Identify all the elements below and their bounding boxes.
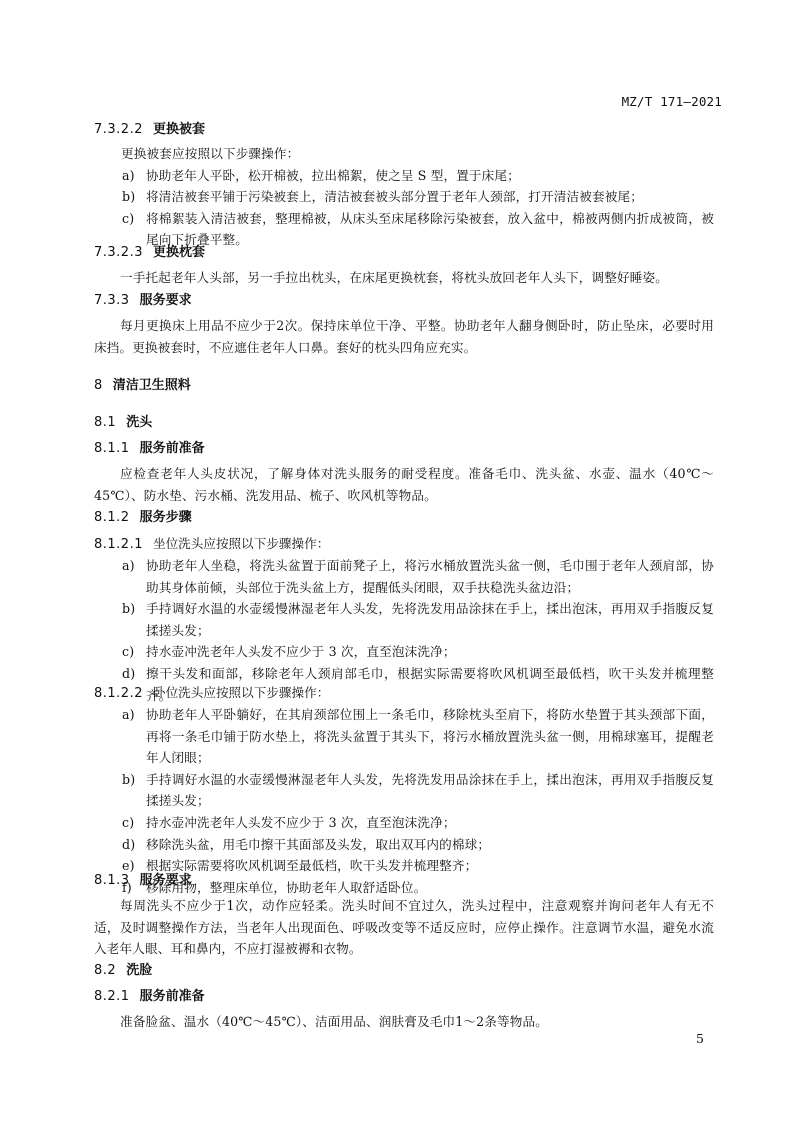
section-number: 8.1 bbox=[94, 415, 116, 430]
section-title: 洗脸 bbox=[126, 963, 152, 978]
section-number: 7.3.2.3 bbox=[94, 245, 143, 260]
list-marker: c) bbox=[122, 641, 134, 663]
section-title: 服务前准备 bbox=[140, 989, 205, 1004]
paragraph: 一手托起老年人头部，另一手拉出枕头，在床尾更换枕套，将枕头放回老年人头下，调整好… bbox=[94, 267, 714, 289]
section-title: 服务前准备 bbox=[140, 441, 205, 456]
list-text: 协助老年人平卧，松开棉被，拉出棉絮，使之呈 S 型，置于床尾； bbox=[146, 168, 520, 183]
document-page: MZ/T 171—2021 7.3.2.2更换被套 更换被套应按照以下步骤操作：… bbox=[0, 0, 794, 1122]
list-text: 移除洗头盆，用毛巾擦干其面部及头发，取出双耳内的棉球； bbox=[146, 837, 490, 852]
section-8-1-2-1: 8.1.2.1坐位洗头应按照以下步骤操作： a)协助老年人坐稳，将洗头盆置于面前… bbox=[94, 533, 714, 706]
chapter-heading: 8清洁卫生照料 bbox=[94, 375, 714, 397]
list-marker: b) bbox=[122, 186, 135, 208]
section-number: 8.1.1 bbox=[94, 441, 130, 456]
section-8: 8清洁卫生照料 bbox=[94, 375, 714, 397]
list-text: 协助老年人坐稳，将洗头盆置于面前凳子上，将污水桶放置洗头盆一侧，毛巾围于老年人颈… bbox=[146, 558, 714, 595]
list-marker: b) bbox=[122, 769, 135, 791]
section-7-3-2-3: 7.3.2.3更换枕套 一手托起老年人头部，另一手拉出枕头，在床尾更换枕套，将枕… bbox=[94, 242, 714, 289]
list-item: b)将清洁被套平铺于污染被套上，清洁被套被头部分置于老年人颈部，打开清洁被套被尾… bbox=[94, 186, 714, 208]
list-text: 手持调好水温的水壶缓慢淋湿老年人头发，先将洗发用品涂抹在手上，揉出泡沫，再用双手… bbox=[146, 772, 714, 809]
list-text: 持水壶冲洗老年人头发不应少于 3 次，直至泡沫洗净； bbox=[146, 644, 456, 659]
paragraph: 每周洗头不应少于1次，动作应轻柔。洗头时间不宜过久，洗头过程中，注意观察并询问老… bbox=[94, 895, 714, 960]
clause-heading: 8.1.2.1坐位洗头应按照以下步骤操作： bbox=[94, 533, 714, 555]
section-number: 8.1.2.2 bbox=[94, 686, 143, 701]
list-text: 手持调好水温的水壶缓慢淋湿老年人头发，先将洗发用品涂抹在手上，揉出泡沫，再用双手… bbox=[146, 601, 714, 638]
paragraph: 准备脸盆、温水（40℃～45℃）、洁面用品、润肤膏及毛巾1～2条等物品。 bbox=[94, 1011, 714, 1033]
section-heading: 8.1洗头 bbox=[94, 412, 714, 434]
clause-intro: 卧位洗头应按照以下步骤操作： bbox=[153, 685, 329, 700]
section-heading: 7.3.2.2更换被套 bbox=[94, 119, 714, 141]
section-title: 服务要求 bbox=[140, 293, 192, 308]
paragraph: 更换被套应按照以下步骤操作： bbox=[94, 143, 714, 165]
list-text: 将清洁被套平铺于污染被套上，清洁被套被头部分置于老年人颈部，打开清洁被套被尾； bbox=[146, 189, 643, 204]
section-7-3-2-2: 7.3.2.2更换被套 更换被套应按照以下步骤操作： a)协助老年人平卧，松开棉… bbox=[94, 119, 714, 251]
list-item: b)手持调好水温的水壶缓慢淋湿老年人头发，先将洗发用品涂抹在手上，揉出泡沫，再用… bbox=[94, 598, 714, 641]
section-heading: 8.1.3服务要求 bbox=[94, 870, 714, 892]
list-item: d)移除洗头盆，用毛巾擦干其面部及头发，取出双耳内的棉球； bbox=[94, 834, 714, 856]
list-item: a)协助老年人平卧，松开棉被，拉出棉絮，使之呈 S 型，置于床尾； bbox=[94, 165, 714, 187]
section-number: 8.1.2.1 bbox=[94, 537, 143, 552]
section-number: 8 bbox=[94, 378, 103, 393]
page-number: 5 bbox=[696, 1031, 704, 1046]
section-8-1-3: 8.1.3服务要求 每周洗头不应少于1次，动作应轻柔。洗头时间不宜过久，洗头过程… bbox=[94, 870, 714, 960]
section-heading: 7.3.3服务要求 bbox=[94, 290, 714, 312]
section-7-3-3: 7.3.3服务要求 每月更换床上用品不应少于2次。保持床单位干净、平整。协助老年… bbox=[94, 290, 714, 358]
list-item: b)手持调好水温的水壶缓慢淋湿老年人头发，先将洗发用品涂抹在手上，揉出泡沫，再用… bbox=[94, 769, 714, 812]
section-title: 服务要求 bbox=[140, 873, 192, 888]
paragraph: 每月更换床上用品不应少于2次。保持床单位干净、平整。协助老年人翻身侧卧时，防止坠… bbox=[94, 315, 714, 358]
list-marker: a) bbox=[122, 555, 135, 577]
section-8-2-1: 8.2.1服务前准备 准备脸盆、温水（40℃～45℃）、洁面用品、润肤膏及毛巾1… bbox=[94, 986, 714, 1033]
list-item: c)持水壶冲洗老年人头发不应少于 3 次，直至泡沫洗净； bbox=[94, 641, 714, 663]
section-title: 更换枕套 bbox=[153, 245, 205, 260]
section-8-1-2: 8.1.2服务步骤 bbox=[94, 507, 714, 529]
section-number: 8.1.2 bbox=[94, 510, 130, 525]
section-title: 清洁卫生照料 bbox=[113, 378, 191, 393]
section-number: 8.2 bbox=[94, 963, 116, 978]
section-title: 洗头 bbox=[126, 415, 152, 430]
list-marker: a) bbox=[122, 165, 135, 187]
section-heading: 7.3.2.3更换枕套 bbox=[94, 242, 714, 264]
list-marker: d) bbox=[122, 834, 135, 856]
section-number: 8.1.3 bbox=[94, 873, 130, 888]
section-8-1-2-2: 8.1.2.2卧位洗头应按照以下步骤操作： a)协助老年人平卧躺好，在其肩颈部位… bbox=[94, 682, 714, 898]
section-heading: 8.1.1服务前准备 bbox=[94, 438, 714, 460]
list-item: a)协助老年人坐稳，将洗头盆置于面前凳子上，将污水桶放置洗头盆一侧，毛巾围于老年… bbox=[94, 555, 714, 598]
section-heading: 8.2.1服务前准备 bbox=[94, 986, 714, 1008]
section-title: 更换被套 bbox=[153, 122, 205, 137]
list-item: a)协助老年人平卧躺好，在其肩颈部位围上一条毛巾，移除枕头至肩下，将防水垫置于其… bbox=[94, 704, 714, 769]
list-text: 协助老年人平卧躺好，在其肩颈部位围上一条毛巾，移除枕头至肩下，将防水垫置于其头颈… bbox=[146, 707, 714, 765]
paragraph: 应检查老年人头皮状况，了解身体对洗头服务的耐受程度。准备毛巾、洗头盆、水壶、温水… bbox=[94, 463, 714, 506]
section-number: 7.3.3 bbox=[94, 293, 130, 308]
section-8-2: 8.2洗脸 bbox=[94, 960, 714, 982]
list-marker: b) bbox=[122, 598, 135, 620]
list-marker: a) bbox=[122, 704, 135, 726]
list-text: 持水壶冲洗老年人头发不应少于 3 次，直至泡沫洗净； bbox=[146, 815, 456, 830]
list-item: c)持水壶冲洗老年人头发不应少于 3 次，直至泡沫洗净； bbox=[94, 812, 714, 834]
section-heading: 8.1.2服务步骤 bbox=[94, 507, 714, 529]
section-number: 8.2.1 bbox=[94, 989, 130, 1004]
section-title: 服务步骤 bbox=[140, 510, 192, 525]
list-marker: c) bbox=[122, 812, 134, 834]
clause-intro: 坐位洗头应按照以下步骤操作： bbox=[153, 536, 329, 551]
clause-heading: 8.1.2.2卧位洗头应按照以下步骤操作： bbox=[94, 682, 714, 704]
section-8-1-1: 8.1.1服务前准备 应检查老年人头皮状况，了解身体对洗头服务的耐受程度。准备毛… bbox=[94, 438, 714, 506]
standard-code: MZ/T 171—2021 bbox=[622, 94, 722, 109]
section-number: 7.3.2.2 bbox=[94, 122, 143, 137]
section-8-1: 8.1洗头 bbox=[94, 412, 714, 434]
list-marker: c) bbox=[122, 208, 134, 230]
section-heading: 8.2洗脸 bbox=[94, 960, 714, 982]
